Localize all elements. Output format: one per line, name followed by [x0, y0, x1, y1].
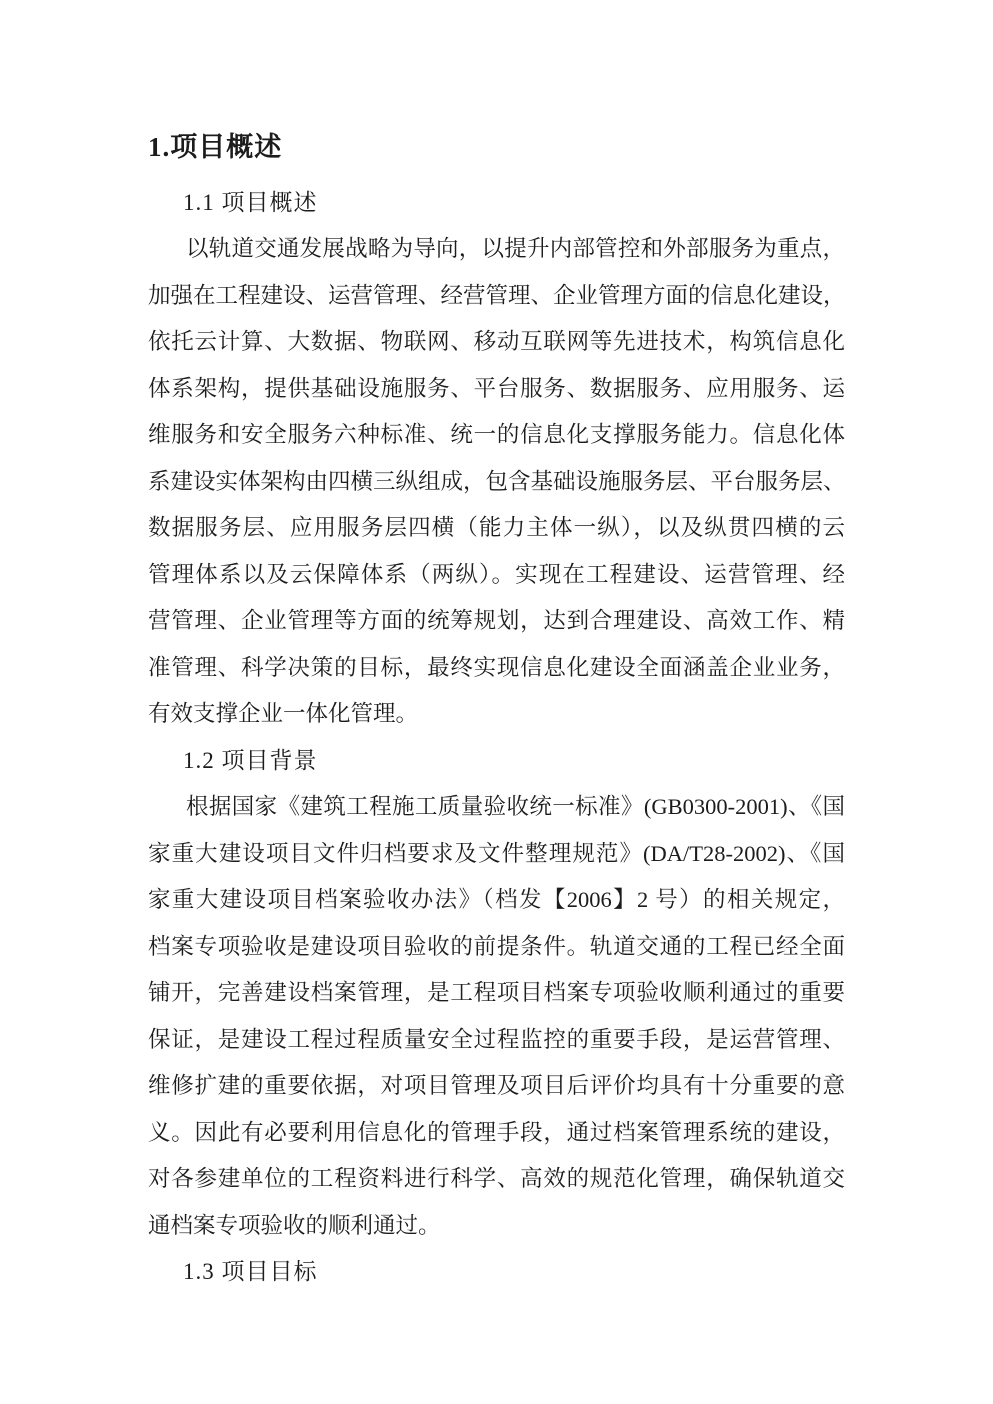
document-page: 1.项目概述 1.1 项目概述以轨道交通发展战略为导向，以提升内部管控和外部服务…: [0, 0, 993, 1404]
paragraph-line: 准管理、科学决策的目标，最终实现信息化建设全面涵盖企业业务，: [148, 645, 845, 692]
subsection-heading: 1.1 项目概述: [148, 180, 845, 227]
document-content: 1.项目概述 1.1 项目概述以轨道交通发展战略为导向，以提升内部管控和外部服务…: [0, 0, 993, 1296]
paragraph-line: 根据国家《建筑工程施工质量验收统一标准》(GB0300-2001)、《国: [148, 784, 845, 831]
paragraph-line: 家重大建设项目文件归档要求及文件整理规范》(DA/T28-2002)、《国: [148, 831, 845, 878]
paragraph-line: 通档案专项验收的顺利通过。: [148, 1203, 845, 1250]
subsection-heading: 1.3 项目目标: [148, 1249, 845, 1296]
paragraph-line: 依托云计算、大数据、物联网、移动互联网等先进技术，构筑信息化: [148, 319, 845, 366]
paragraph-line: 加强在工程建设、运营管理、经营管理、企业管理方面的信息化建设，: [148, 273, 845, 320]
paragraph-line: 数据服务层、应用服务层四横（能力主体一纵），以及纵贯四横的云: [148, 505, 845, 552]
paragraph-line: 对各参建单位的工程资料进行科学、高效的规范化管理，确保轨道交: [148, 1156, 845, 1203]
paragraph-line: 维修扩建的重要依据，对项目管理及项目后评价均具有十分重要的意: [148, 1063, 845, 1110]
subsection-heading: 1.2 项目背景: [148, 738, 845, 785]
chapter-heading: 1.项目概述: [148, 124, 845, 171]
paragraph-line: 家重大建设项目档案验收办法》（档发【2006】2 号）的相关规定，: [148, 877, 845, 924]
paragraph-line: 系建设实体架构由四横三纵组成，包含基础设施服务层、平台服务层、: [148, 459, 845, 506]
paragraph-line: 保证，是建设工程过程质量安全过程监控的重要手段，是运营管理、: [148, 1017, 845, 1064]
paragraph-line: 铺开，完善建设档案管理，是工程项目档案专项验收顺利通过的重要: [148, 970, 845, 1017]
paragraph-line: 以轨道交通发展战略为导向，以提升内部管控和外部服务为重点，: [148, 226, 845, 273]
paragraph: 根据国家《建筑工程施工质量验收统一标准》(GB0300-2001)、《国家重大建…: [148, 784, 845, 1249]
paragraph-line: 有效支撑企业一体化管理。: [148, 691, 845, 738]
paragraph-line: 义。因此有必要利用信息化的管理手段，通过档案管理系统的建设，: [148, 1110, 845, 1157]
paragraph-line: 营管理、企业管理等方面的统筹规划，达到合理建设、高效工作、精: [148, 598, 845, 645]
paragraph-line: 体系架构，提供基础设施服务、平台服务、数据服务、应用服务、运: [148, 366, 845, 413]
paragraph-line: 档案专项验收是建设项目验收的前提条件。轨道交通的工程已经全面: [148, 924, 845, 971]
sections-container: 1.1 项目概述以轨道交通发展战略为导向，以提升内部管控和外部服务为重点，加强在…: [148, 180, 845, 1296]
paragraph: 以轨道交通发展战略为导向，以提升内部管控和外部服务为重点，加强在工程建设、运营管…: [148, 226, 845, 738]
paragraph-line: 维服务和安全服务六种标准、统一的信息化支撑服务能力。信息化体: [148, 412, 845, 459]
paragraph-line: 管理体系以及云保障体系（两纵）。实现在工程建设、运营管理、经: [148, 552, 845, 599]
